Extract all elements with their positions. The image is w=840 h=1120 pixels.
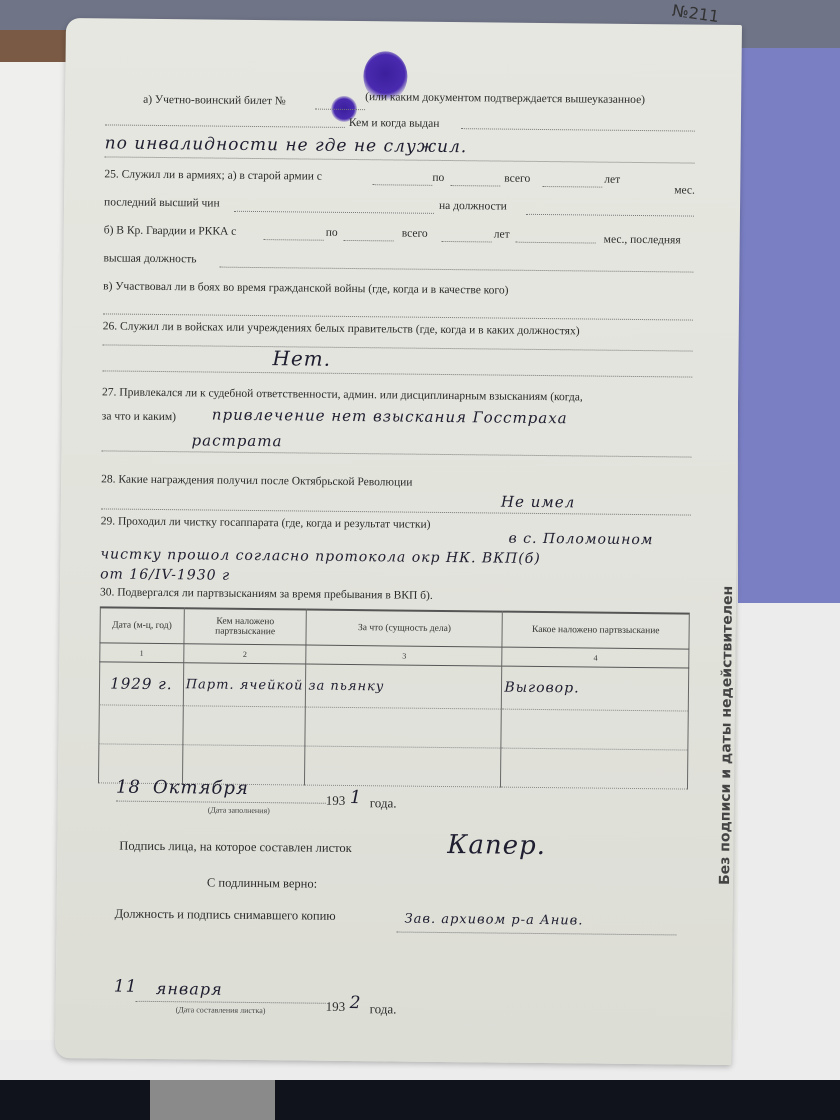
compile-date-month: января: [156, 979, 223, 999]
compile-date-year-word: года.: [370, 1001, 397, 1017]
item25-last-rank: последний высший чин: [104, 196, 220, 209]
copy-signature-label: Должность и подпись снимавшего копию: [115, 907, 336, 924]
compile-date-year-suffix: 2: [350, 993, 362, 1013]
item27-answer-2: растрата: [191, 431, 282, 450]
table-row: 1929 г. Парт. ячейкой за пьянку Выговор.: [99, 662, 688, 711]
column-number: 1: [100, 643, 184, 663]
item24a-label-cont: (или каким документом подтверждается выш…: [365, 91, 645, 106]
background-blue-folder: [738, 48, 840, 603]
compile-date-caption: (Дата составления листка): [176, 1005, 266, 1015]
side-note: Без подписи и даты недействителен: [717, 586, 736, 885]
item25-position: на должности: [439, 200, 507, 213]
item27-label: 27. Привлекался ли к судебной ответствен…: [102, 386, 583, 403]
item25b-vsego: всего: [402, 228, 428, 240]
fill-date-caption: (Дата заполнения): [208, 806, 270, 816]
fill-date-year-suffix: 1: [350, 787, 363, 808]
signature: Капер.: [447, 830, 546, 861]
item26-answer: Нет.: [272, 346, 331, 371]
fill-date-year-word: года.: [370, 795, 397, 811]
table-cell: Выговор.: [502, 666, 689, 711]
item25b-let: лет: [494, 228, 510, 240]
item25b-position: высшая должность: [103, 252, 196, 265]
compile-date-day: 11: [114, 977, 138, 997]
item29-answer-3: от 16/IV-1930 г: [100, 566, 230, 583]
column-number: 3: [306, 645, 502, 666]
item25-let: лет: [604, 174, 620, 186]
compile-date-year-prefix: 193: [326, 999, 346, 1015]
fill-date-month: Октября: [153, 777, 249, 799]
table-cell: 1929 г.: [99, 662, 183, 706]
item25b-label: б) В Кр. Гвардии и РККА с: [104, 224, 237, 237]
table-cell: Парт. ячейкой: [183, 663, 306, 707]
table-header: Какое наложено партвзыскание: [502, 612, 689, 649]
party-penalties-table: Дата (м-ц, год) Кем наложено партвзыскан…: [98, 606, 690, 789]
background-bottom-dark: [0, 1080, 840, 1120]
item24a-issued-label: Кем и когда выдан: [349, 117, 440, 130]
item27-label-cont: за что и каким): [102, 410, 176, 423]
item25-vsego: всего: [504, 173, 530, 185]
signature-label: Подпись лица, на которое составлен листо…: [119, 839, 352, 856]
copy-signature: Зав. архивом р-а Анив.: [405, 912, 584, 929]
item25v-label: в) Участвовал ли в боях во время граждан…: [103, 280, 508, 296]
table-header: Кем наложено партвзыскание: [184, 608, 307, 645]
fill-date-day: 18: [116, 777, 141, 798]
item25-po: по: [432, 172, 444, 184]
item25b-mes: мес., последняя: [604, 234, 681, 247]
table-cell: за пьянку: [306, 664, 502, 709]
document-page: а) Учетно-воинский билет № (или каким до…: [55, 18, 742, 1065]
item30-label: 30. Подвергался ли партвзысканиям за вре…: [100, 586, 433, 601]
item25-mes: мес.: [674, 184, 695, 196]
certified-label: С подлинным верно:: [207, 876, 317, 892]
item28-label: 28. Какие награждения получил после Октя…: [101, 473, 412, 488]
column-number: 4: [502, 647, 689, 668]
item29-label: 29. Проходил ли чистку госаппарата (где,…: [101, 515, 431, 530]
item27-answer-1: привлечение нет взыскания Госстраха: [212, 406, 568, 428]
item24a-answer: по инвалидности не где не служил.: [105, 133, 468, 157]
fill-date-year-prefix: 193: [326, 793, 346, 809]
table-header: За что (сущность дела): [306, 610, 502, 648]
item25b-po: по: [326, 227, 338, 239]
column-number: 2: [183, 644, 306, 664]
table-header: Дата (м-ц, год): [100, 607, 184, 643]
item26-label: 26. Служил ли в войсках или учреждениях …: [103, 320, 580, 337]
item29-answer-2: чистку прошол согласно протокола окр НК.…: [100, 546, 540, 567]
background-bottom-gray: [150, 1080, 275, 1120]
item24a-label: а) Учетно-воинский билет №: [143, 94, 286, 107]
item28-answer: Не имел: [501, 493, 575, 512]
item25-label: 25. Служил ли в армиях; а) в старой арми…: [104, 168, 322, 182]
item29-answer-1: в с. Поломошном: [508, 531, 653, 549]
